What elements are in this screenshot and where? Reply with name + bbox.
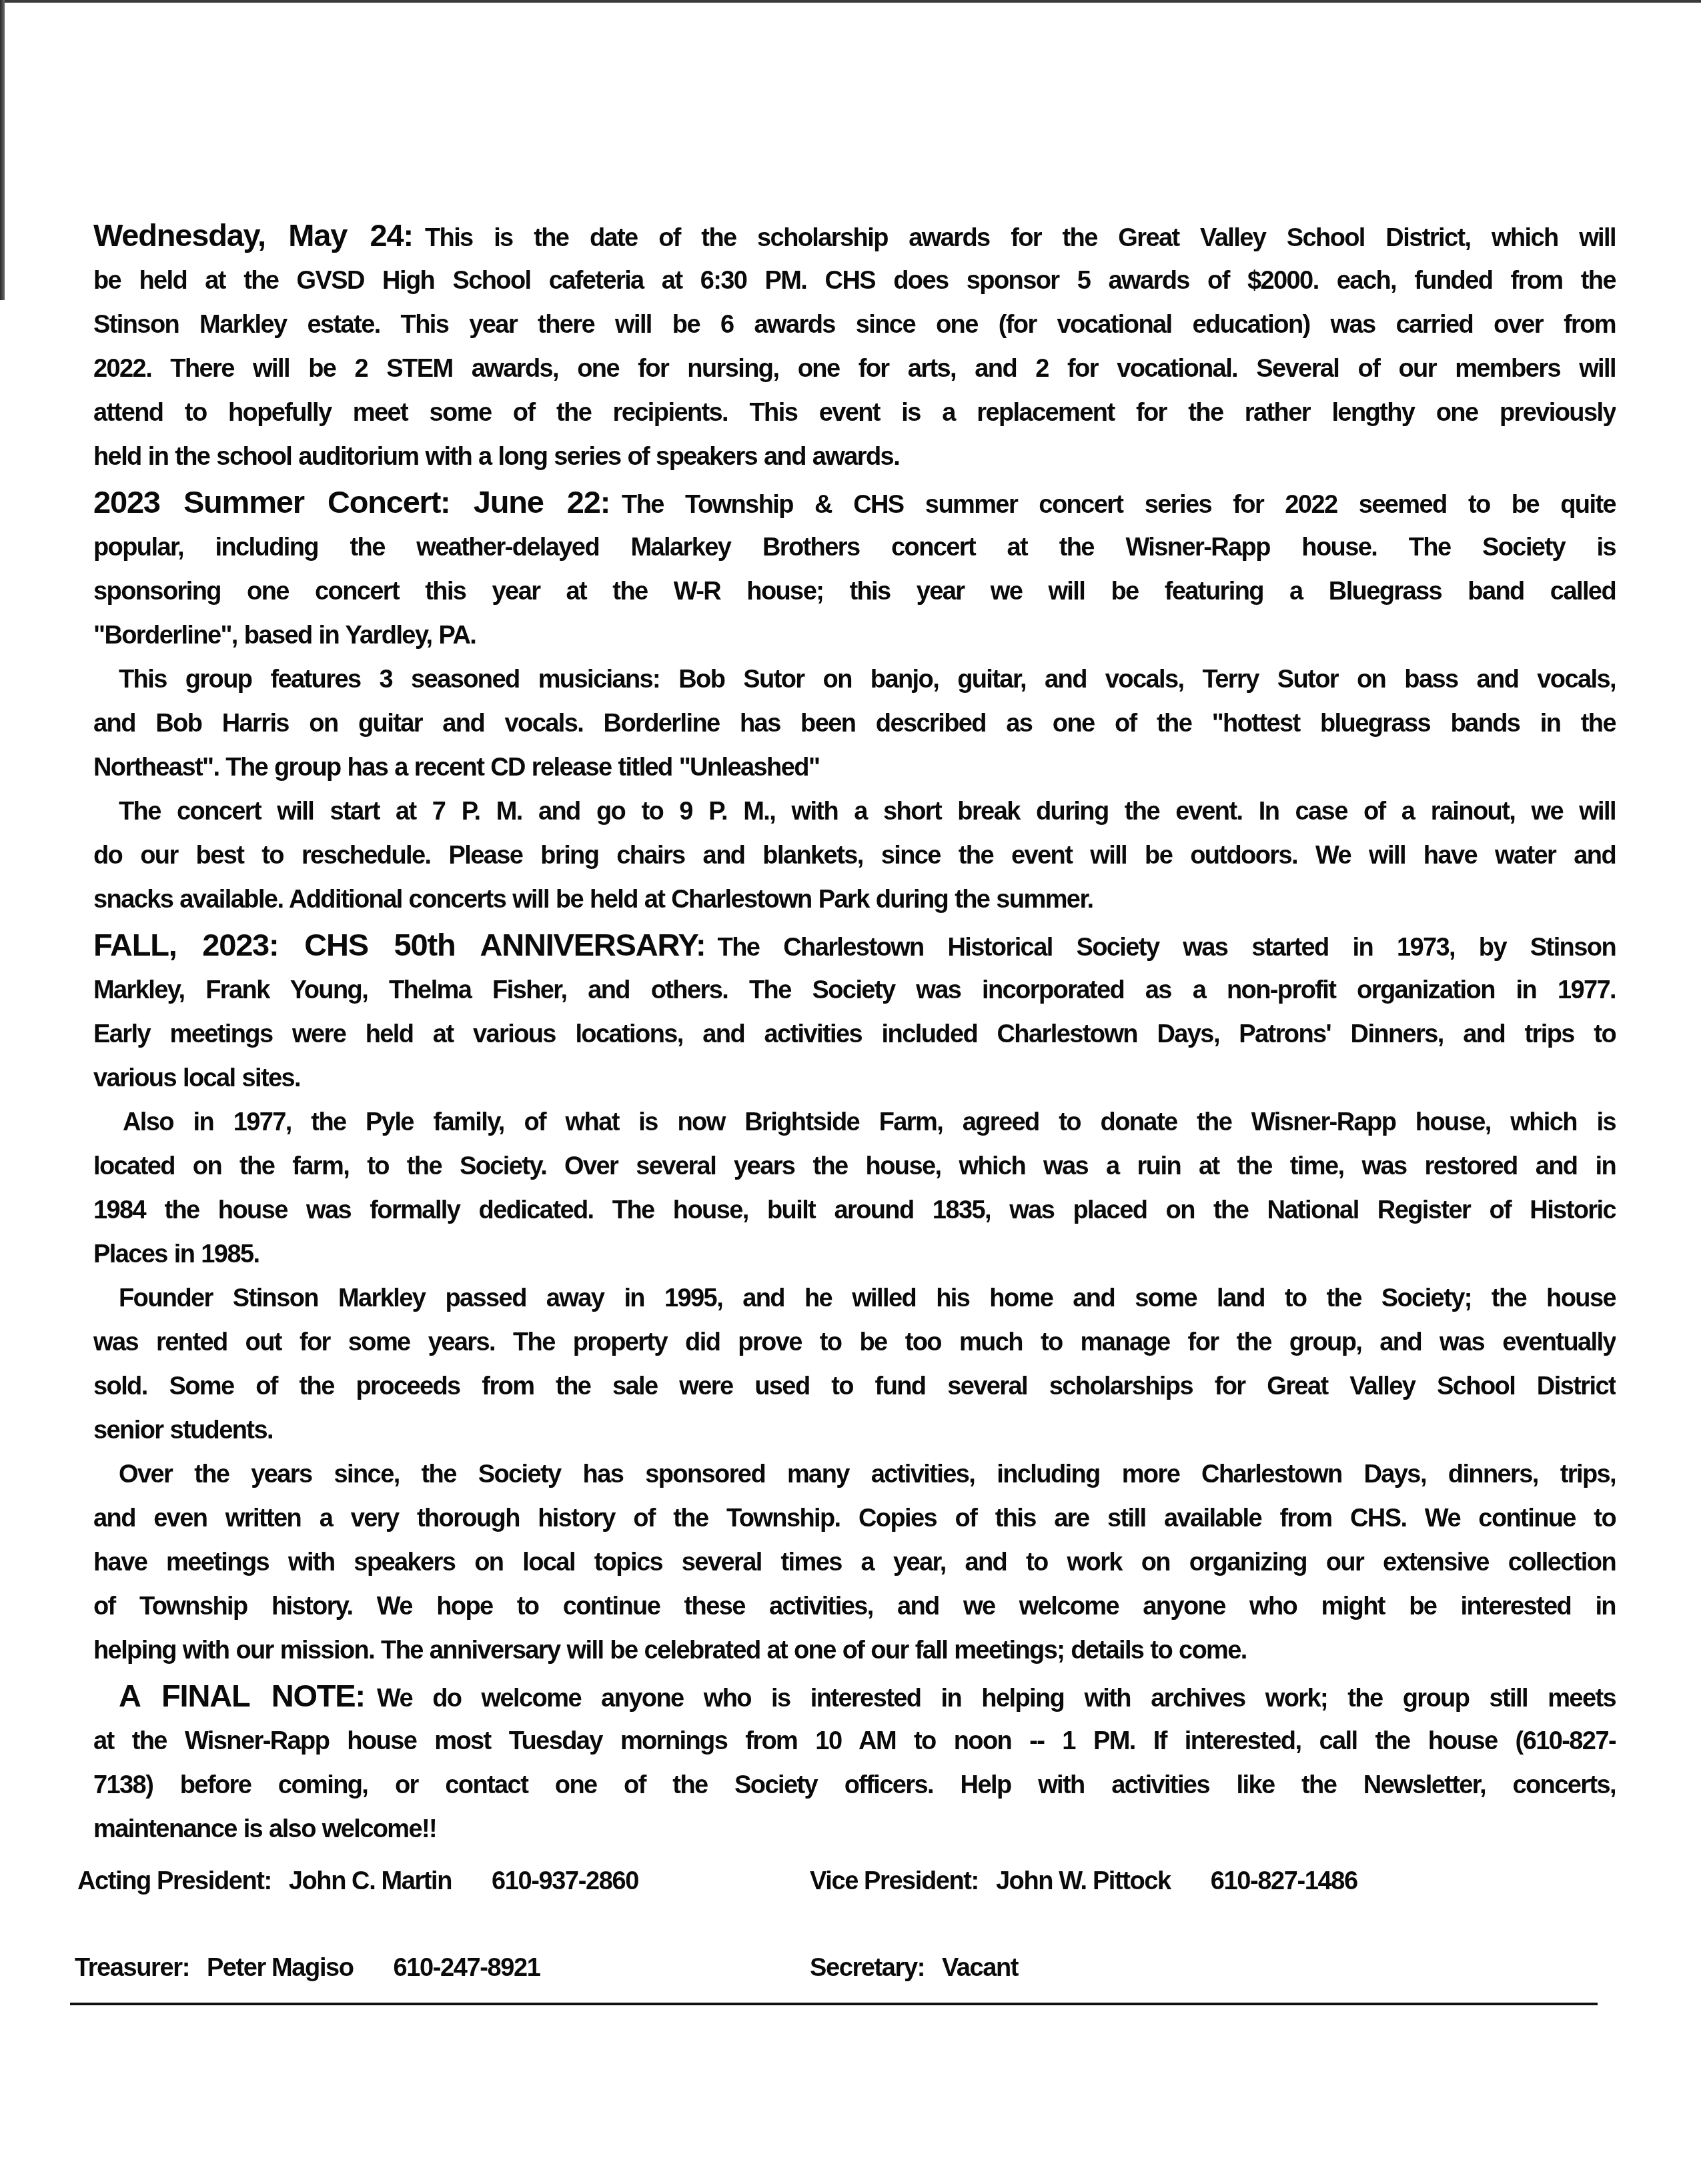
text-line: The concert will start at 7 P. M. and go… — [93, 790, 1616, 834]
text-line: sponsoring one concert this year at the … — [93, 570, 1616, 614]
officer-acting-president: Acting President:John C. Martin610-937-2… — [77, 1867, 638, 1896]
text-line: 2023 Summer Concert: June 22:The Townshi… — [93, 479, 1616, 525]
officer-vice-president: Vice President:John W. Pittock610-827-14… — [810, 1867, 1357, 1896]
section-scholarship-awards: Wednesday, May 24:This is the date of th… — [93, 212, 1616, 479]
officer-phone: 610-247-8921 — [394, 1954, 540, 1982]
text-line: popular, including the weather-delayed M… — [93, 525, 1616, 570]
section-50th-anniversary: FALL, 2023: CHS 50th ANNIVERSARY:The Cha… — [93, 922, 1616, 1673]
text-line: maintenance is also welcome!! — [93, 1807, 1616, 1851]
text-line: attend to hopefully meet some of the rec… — [93, 391, 1616, 435]
text-line: 1984 the house was formally dedicated. T… — [93, 1188, 1616, 1232]
section-heading: Wednesday, May 24: — [93, 217, 413, 253]
officer-role: Vice President: — [810, 1867, 979, 1895]
text-line: A FINAL NOTE:We do welcome anyone who is… — [93, 1673, 1616, 1719]
scan-edge-top — [0, 0, 1701, 3]
officer-name: John C. Martin — [289, 1867, 452, 1895]
officers-row-1: Acting President:John C. Martin610-937-2… — [72, 1867, 1606, 1907]
officer-name: John W. Pittock — [996, 1867, 1171, 1895]
officers-row-2: Treasurer:Peter Magiso610-247-8921 Secre… — [72, 1954, 1606, 1994]
text-line: various local sites. — [93, 1056, 1616, 1100]
section-heading: 2023 Summer Concert: June 22: — [93, 484, 610, 519]
text-line: was rented out for some years. The prope… — [93, 1320, 1616, 1364]
text-line: Also in 1977, the Pyle family, of what i… — [93, 1100, 1616, 1144]
scan-edge-left — [0, 0, 5, 300]
text-line: Northeast". The group has a recent CD re… — [93, 746, 1616, 790]
officer-treasurer: Treasurer:Peter Magiso610-247-8921 — [75, 1954, 540, 1983]
text-line: do our best to reschedule. Please bring … — [93, 834, 1616, 878]
officer-phone: 610-827-1486 — [1211, 1867, 1357, 1895]
text-line: Places in 1985. — [93, 1232, 1616, 1276]
text-line: sold. Some of the proceeds from the sale… — [93, 1364, 1616, 1408]
officer-name: Vacant — [942, 1954, 1018, 1982]
section-heading: A FINAL NOTE: — [119, 1678, 365, 1713]
text-line: snacks available. Additional concerts wi… — [93, 878, 1616, 922]
officer-phone: 610-937-2860 — [492, 1867, 638, 1895]
newsletter-page: Wednesday, May 24:This is the date of th… — [93, 212, 1616, 1851]
text-line: Founder Stinson Markley passed away in 1… — [93, 1276, 1616, 1320]
text-line: located on the farm, to the Society. Ove… — [93, 1144, 1616, 1188]
text-line: FALL, 2023: CHS 50th ANNIVERSARY:The Cha… — [93, 922, 1616, 968]
officer-name: Peter Magiso — [207, 1954, 354, 1982]
officer-role: Secretary: — [810, 1954, 925, 1982]
text-line: 2022. There will be 2 STEM awards, one f… — [93, 347, 1616, 391]
officer-secretary: Secretary:Vacant — [810, 1954, 1058, 1983]
footer-rule — [70, 2003, 1598, 2005]
text-line: 7138) before coming, or contact one of t… — [93, 1763, 1616, 1807]
text-line: be held at the GVSD High School cafeteri… — [93, 259, 1616, 303]
text-line: senior students. — [93, 1408, 1616, 1452]
text-line: of Township history. We hope to continue… — [93, 1584, 1616, 1628]
text-line: Wednesday, May 24:This is the date of th… — [93, 212, 1616, 259]
text-line: held in the school auditorium with a lon… — [93, 435, 1616, 479]
text-line: and Bob Harris on guitar and vocals. Bor… — [93, 702, 1616, 746]
text-line: helping with our mission. The anniversar… — [93, 1628, 1616, 1673]
text-line: This group features 3 seasoned musicians… — [93, 658, 1616, 702]
officer-role: Treasurer: — [75, 1954, 189, 1982]
text-line: "Borderline", based in Yardley, PA. — [93, 614, 1616, 658]
officer-role: Acting President: — [77, 1867, 271, 1895]
text-line: Over the years since, the Society has sp… — [93, 1452, 1616, 1496]
text-line: Early meetings were held at various loca… — [93, 1012, 1616, 1056]
text-line: have meetings with speakers on local top… — [93, 1540, 1616, 1584]
text-line: Stinson Markley estate. This year there … — [93, 303, 1616, 347]
section-final-note: A FINAL NOTE:We do welcome anyone who is… — [93, 1673, 1616, 1851]
text-line: and even written a very thorough history… — [93, 1496, 1616, 1540]
text-line: at the Wisner-Rapp house most Tuesday mo… — [93, 1719, 1616, 1763]
section-heading: FALL, 2023: CHS 50th ANNIVERSARY: — [93, 927, 706, 962]
section-summer-concert: 2023 Summer Concert: June 22:The Townshi… — [93, 479, 1616, 922]
text-line: Markley, Frank Young, Thelma Fisher, and… — [93, 968, 1616, 1012]
